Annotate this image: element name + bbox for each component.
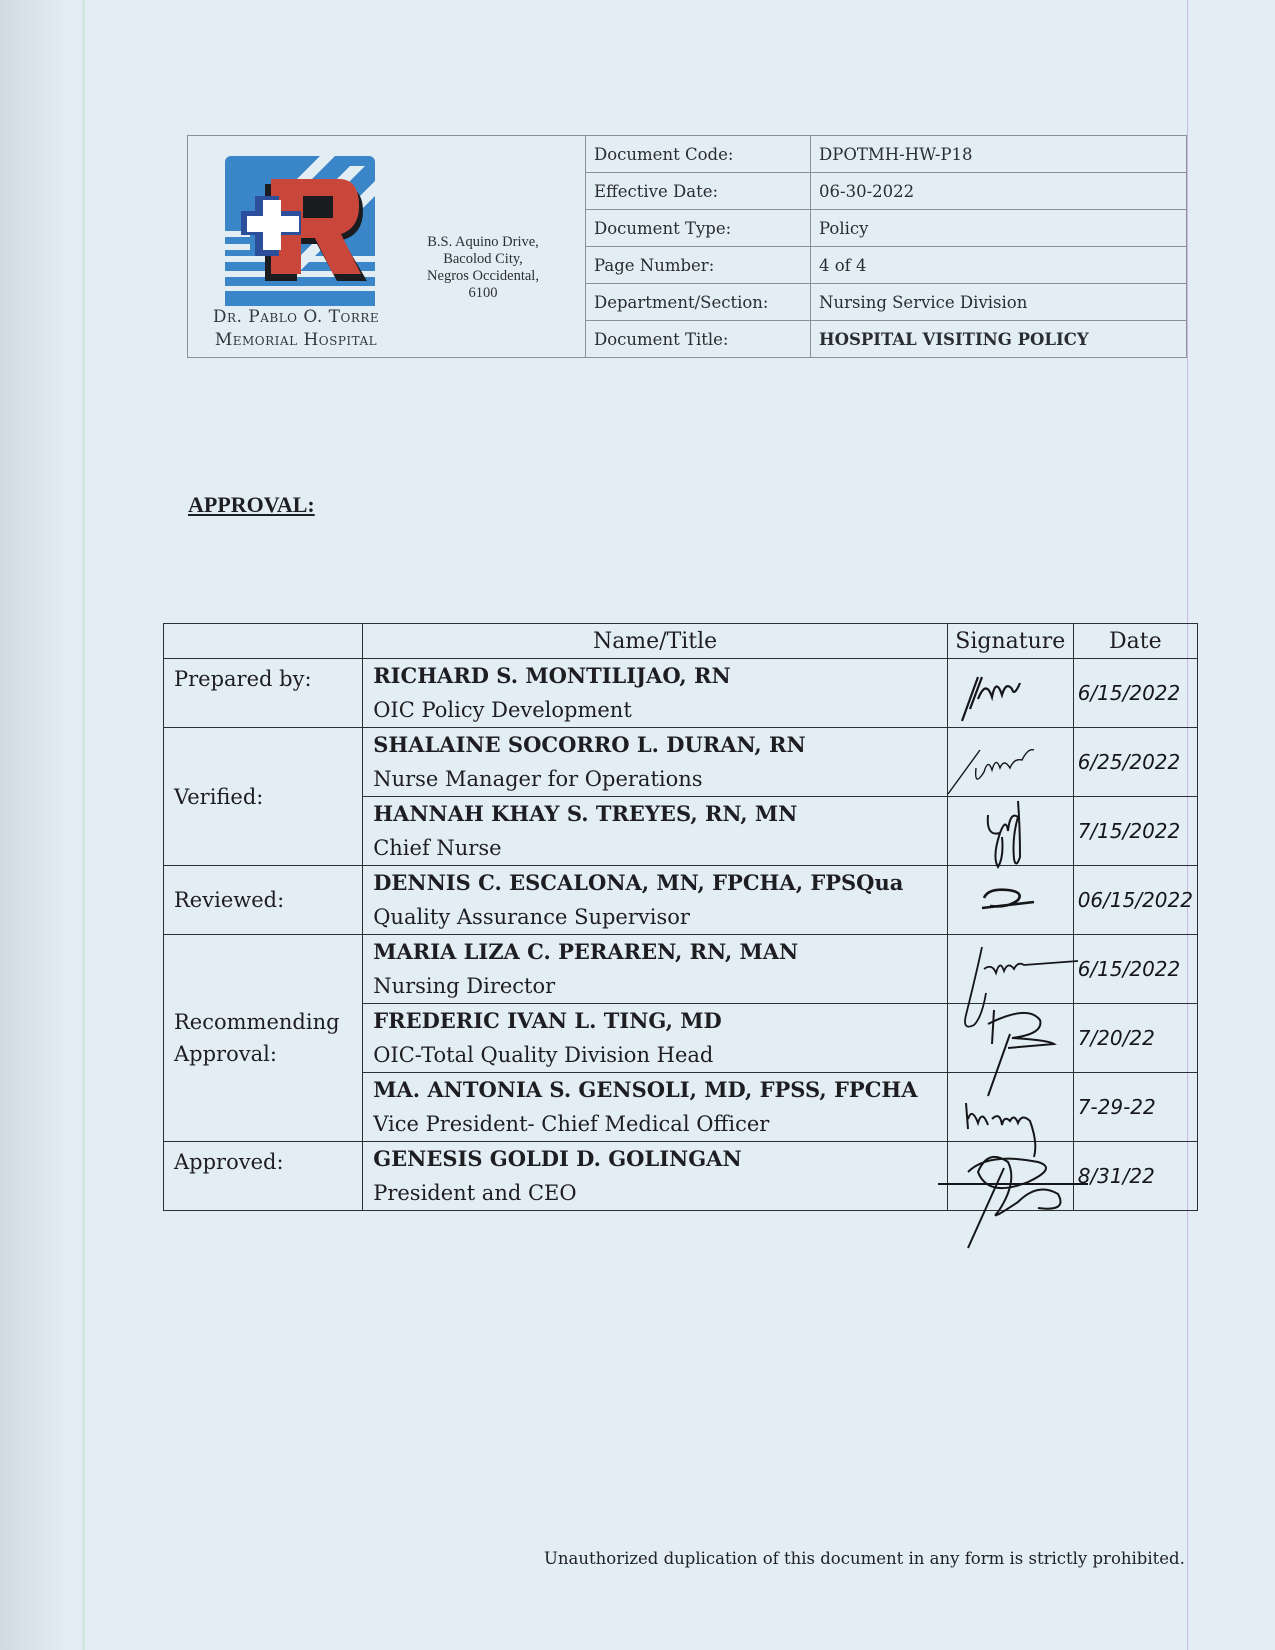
role-cell: Prepared by: <box>164 659 363 728</box>
signed-date: 8/31/22 <box>1073 1142 1197 1211</box>
signature-icon <box>948 797 1076 865</box>
person-cell: HANNAH KHAY S. TREYES, RN, MN Chief Nurs… <box>363 797 948 866</box>
info-label: Effective Date: <box>586 173 811 210</box>
signature-icon <box>948 1073 1076 1141</box>
signature-icon <box>948 659 1076 727</box>
footer-notice: Unauthorized duplication of this documen… <box>544 1549 1185 1568</box>
person-title: Quality Assurance Supervisor <box>373 900 937 934</box>
person-name: DENNIS C. ESCALONA, MN, FPCHA, FPSQua <box>373 866 937 900</box>
role-label: Prepared by: <box>174 667 312 691</box>
signed-date: 6/15/2022 <box>1073 659 1197 728</box>
person-name: GENESIS GOLDI D. GOLINGAN <box>373 1142 937 1176</box>
signature-cell <box>947 1142 1073 1211</box>
document-info-table: Document Code:DPOTMH-HW-P18 Effective Da… <box>586 136 1186 357</box>
person-title: OIC Policy Development <box>373 693 937 727</box>
hospital-name: Dr. Pablo O. Torre Memorial Hospital <box>196 306 396 352</box>
person-cell: MARIA LIZA C. PERAREN, RN, MAN Nursing D… <box>363 935 948 1004</box>
header-name-title: Name/Title <box>363 624 948 659</box>
scan-shadow <box>0 0 100 1650</box>
person-title: President and CEO <box>373 1176 937 1210</box>
signed-date: 6/25/2022 <box>1073 728 1197 797</box>
hospital-name-line2: Memorial Hospital <box>215 330 377 350</box>
info-row: Document Type:Policy <box>586 210 1186 247</box>
info-value: DPOTMH-HW-P18 <box>811 136 1187 173</box>
person-title: Nurse Manager for Operations <box>373 762 937 796</box>
person-cell: FREDERIC IVAN L. TING, MD OIC-Total Qual… <box>363 1004 948 1073</box>
person-title: Chief Nurse <box>373 831 937 865</box>
hospital-identity: Dr. Pablo O. Torre Memorial Hospital B.S… <box>188 136 586 357</box>
info-value: Nursing Service Division <box>811 284 1187 321</box>
info-row: Document Code:DPOTMH-HW-P18 <box>586 136 1186 173</box>
header-signature: Signature <box>947 624 1073 659</box>
signature-cell <box>947 1073 1073 1142</box>
signed-date: 6/15/2022 <box>1073 935 1197 1004</box>
person-cell: MA. ANTONIA S. GENSOLI, MD, FPSS, FPCHA … <box>363 1073 948 1142</box>
signature-icon <box>948 935 1076 1003</box>
role-label: Verified: <box>174 785 263 809</box>
hospital-address: B.S. Aquino Drive, Bacolod City, Negros … <box>413 234 553 302</box>
person-cell: RICHARD S. MONTILIJAO, RN OIC Policy Dev… <box>363 659 948 728</box>
approval-header-row: Name/Title Signature Date <box>164 624 1198 659</box>
role-label: Reviewed: <box>174 888 284 912</box>
person-cell: SHALAINE SOCORRO L. DURAN, RN Nurse Mana… <box>363 728 948 797</box>
info-row: Effective Date:06-30-2022 <box>586 173 1186 210</box>
signature-cell <box>947 866 1073 935</box>
signature-icon <box>948 1004 1076 1072</box>
info-value: 4 of 4 <box>811 247 1187 284</box>
person-title: Nursing Director <box>373 969 937 1003</box>
person-name: SHALAINE SOCORRO L. DURAN, RN <box>373 728 937 762</box>
signed-date: 7/20/22 <box>1073 1004 1197 1073</box>
person-title: OIC-Total Quality Division Head <box>373 1038 937 1072</box>
person-name: RICHARD S. MONTILIJAO, RN <box>373 659 937 693</box>
info-label: Department/Section: <box>586 284 811 321</box>
address-line: Bacolod City, <box>443 251 523 267</box>
approval-row: Verified: SHALAINE SOCORRO L. DURAN, RN … <box>164 728 1198 797</box>
info-label: Document Code: <box>586 136 811 173</box>
signature-cell <box>947 728 1073 797</box>
info-value: Policy <box>811 210 1187 247</box>
document-header: Dr. Pablo O. Torre Memorial Hospital B.S… <box>187 135 1187 358</box>
approval-row: Prepared by: RICHARD S. MONTILIJAO, RN O… <box>164 659 1198 728</box>
info-value: 06-30-2022 <box>811 173 1187 210</box>
hospital-logo-icon <box>225 156 380 306</box>
address-line: 6100 <box>469 285 498 301</box>
person-cell: GENESIS GOLDI D. GOLINGAN President and … <box>363 1142 948 1211</box>
info-row: Page Number:4 of 4 <box>586 247 1186 284</box>
scan-fold-line <box>82 0 85 1650</box>
signed-date: 7-29-22 <box>1073 1073 1197 1142</box>
hospital-name-line1: Dr. Pablo O. Torre <box>213 307 379 327</box>
approval-row: Reviewed: DENNIS C. ESCALONA, MN, FPCHA,… <box>164 866 1198 935</box>
person-name: HANNAH KHAY S. TREYES, RN, MN <box>373 797 937 831</box>
person-cell: DENNIS C. ESCALONA, MN, FPCHA, FPSQua Qu… <box>363 866 948 935</box>
person-name: MARIA LIZA C. PERAREN, RN, MAN <box>373 935 937 969</box>
signature-icon <box>948 728 1076 796</box>
info-row: Document Title:HOSPITAL VISITING POLICY <box>586 321 1186 358</box>
approval-heading: APPROVAL: <box>188 492 315 518</box>
signature-cell <box>947 1004 1073 1073</box>
signed-date: 7/15/2022 <box>1073 797 1197 866</box>
info-label: Page Number: <box>586 247 811 284</box>
header-role <box>164 624 363 659</box>
role-cell: Recommending Approval: <box>164 935 363 1142</box>
header-date: Date <box>1073 624 1197 659</box>
person-title: Vice President- Chief Medical Officer <box>373 1107 937 1141</box>
approval-row: Approved: GENESIS GOLDI D. GOLINGAN Pres… <box>164 1142 1198 1211</box>
address-line: B.S. Aquino Drive, <box>427 234 539 250</box>
signed-date: 06/15/2022 <box>1073 866 1197 935</box>
signature-cell <box>947 659 1073 728</box>
document-title-value: HOSPITAL VISITING POLICY <box>811 321 1187 358</box>
role-label: Approved: <box>174 1150 284 1174</box>
person-name: MA. ANTONIA S. GENSOLI, MD, FPSS, FPCHA <box>373 1073 937 1107</box>
approval-row: Recommending Approval: MARIA LIZA C. PER… <box>164 935 1198 1004</box>
info-row: Department/Section:Nursing Service Divis… <box>586 284 1186 321</box>
role-cell: Verified: <box>164 728 363 866</box>
role-label: Recommending Approval: <box>174 1010 340 1066</box>
info-label: Document Title: <box>586 321 811 358</box>
role-cell: Approved: <box>164 1142 363 1211</box>
signature-cell <box>947 935 1073 1004</box>
person-name: FREDERIC IVAN L. TING, MD <box>373 1004 937 1038</box>
signature-icon <box>948 866 1076 934</box>
info-label: Document Type: <box>586 210 811 247</box>
signature-cell <box>947 797 1073 866</box>
approval-table: Name/Title Signature Date Prepared by: R… <box>163 623 1198 1211</box>
role-cell: Reviewed: <box>164 866 363 935</box>
signature-icon <box>948 1142 1076 1210</box>
address-line: Negros Occidental, <box>427 268 539 284</box>
